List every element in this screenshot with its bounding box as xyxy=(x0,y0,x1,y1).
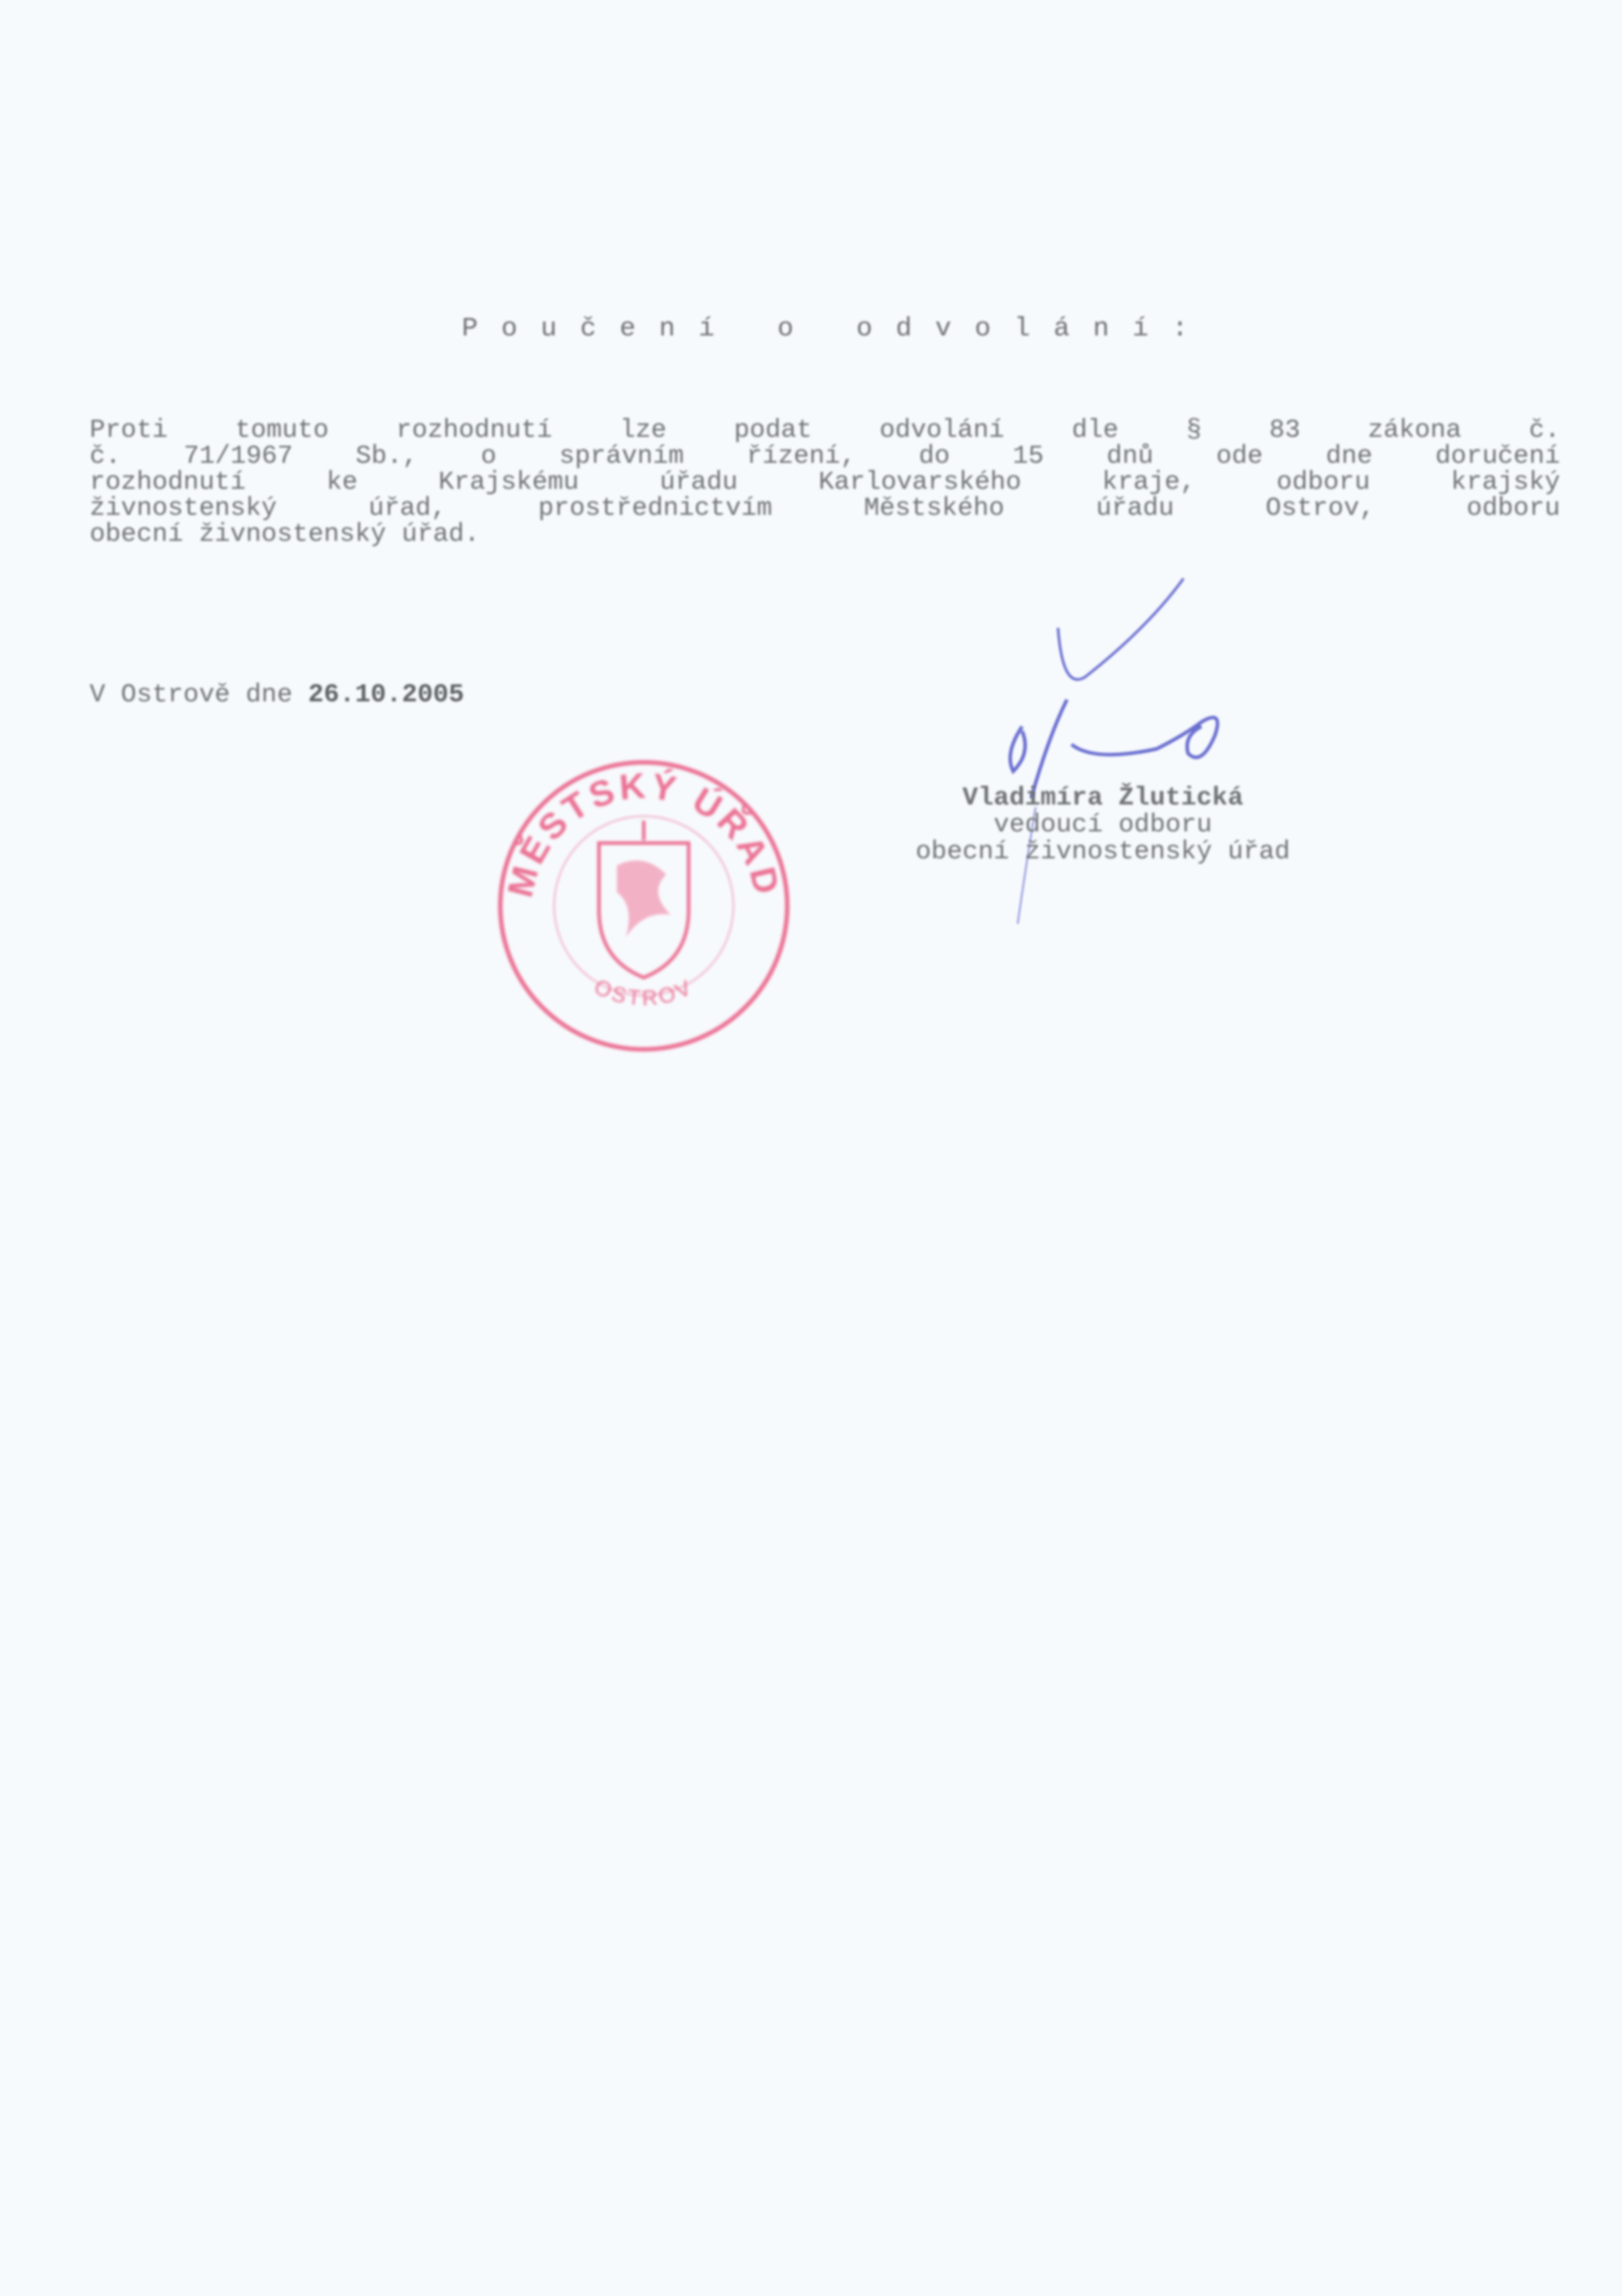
paragraph-line: rozhodnutí ke Krajskému úřadu Karlovarsk… xyxy=(90,469,1560,495)
signatory-title: vedoucí odboru xyxy=(825,812,1381,839)
signatory-department: obecní živnostenský úřad xyxy=(825,839,1381,865)
handwritten-signature-icon xyxy=(968,574,1255,933)
document-page: Poučení o odvolání: Proti tomuto rozhodn… xyxy=(0,0,1622,2296)
appeal-paragraph: Proti tomuto rozhodnutí lze podat odvolá… xyxy=(90,417,1560,547)
paragraph-line: obecní živnostenský úřad. xyxy=(90,521,1560,547)
paragraph-line: č. 71/1967 Sb., o správním řízení, do 15… xyxy=(90,443,1560,469)
paragraph-line: Proti tomuto rozhodnutí lze podat odvolá… xyxy=(90,417,1560,443)
signatory-name: Vladimíra Žlutická xyxy=(825,785,1381,812)
paragraph-line: živnostenský úřad, prostřednictvím Městs… xyxy=(90,495,1560,521)
place-date: V Ostrově dne 26.10.2005 xyxy=(90,680,464,709)
heading: Poučení o odvolání: xyxy=(462,314,1211,344)
svg-text:OSTROV: OSTROV xyxy=(590,975,697,1012)
place-prefix: V Ostrově dne xyxy=(90,680,292,709)
official-stamp-icon: MĚSTSKÝ ÚŘAD OSTROV xyxy=(491,758,796,1054)
date: 26.10.2005 xyxy=(308,680,464,709)
signatory-block: Vladimíra Žlutická vedoucí odboru obecní… xyxy=(825,785,1381,865)
